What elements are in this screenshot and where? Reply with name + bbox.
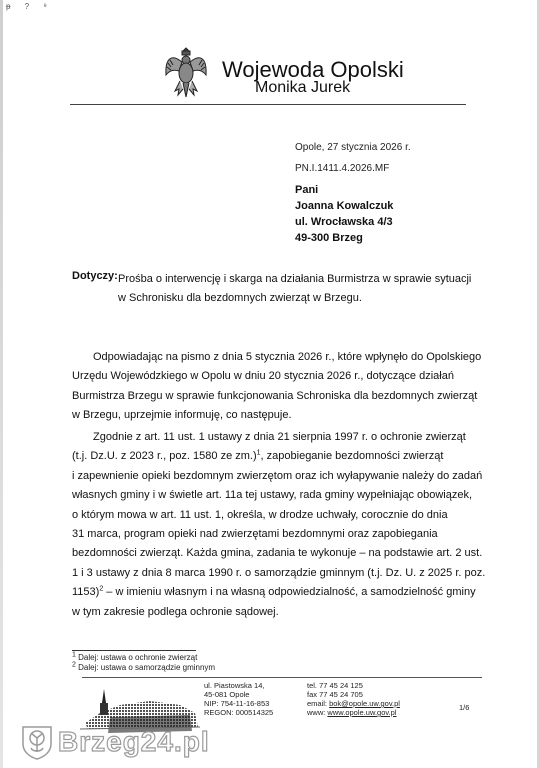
footer-divider [82,677,482,678]
recipient-city: 49-300 Brzeg [295,230,393,246]
footer-address: ul. Piastowska 14, 45-081 Opole NIP: 754… [204,681,273,717]
recipient-name: Joanna Kowalczuk [295,198,393,214]
footnote-2: 2 Dalej: ustawa o samorządzie gminnym [72,663,215,672]
paragraph-line: (t.j. Dz.U. z 2023 r., poz. 1580 ze zm.)… [72,447,472,466]
watermark: Brzeg24.pl [20,724,210,760]
footer-email-row: email: bok@opole.uw.gov.pl [307,699,400,708]
recipient-block: Pani Joanna Kowalczuk ul. Wrocławska 4/3… [295,182,393,246]
footer-tel: tel. 77 45 24 125 [307,681,400,690]
page-number: 1/6 [459,703,469,712]
text-segment: , zapobieganie bezdomności zwierząt [261,450,444,462]
scan-left-edge [0,0,3,768]
footer-nip: NIP: 754-11-16-853 [204,699,273,708]
website-link[interactable]: www.opole.uw.gov.pl [327,708,396,717]
subject-label: Dotyczy: [72,270,118,282]
body-paragraph-2: Zgodnie z art. 11 ust. 1 ustawy z dnia 2… [72,428,472,622]
paragraph-line: 31 marca, program opieki nad zwierzętami… [72,525,472,544]
paragraph-line: własnych gminy i w świetle art. 11a tej … [72,486,472,505]
footnote-text: Dalej: ustawa o samorządzie gminnym [76,663,215,672]
email-label: email: [307,699,329,708]
footnote-text: Dalej: ustawa o ochronie zwierząt [76,653,197,662]
paragraph-line: Zgodnie z art. 11 ust. 1 ustawy z dnia 2… [72,428,472,447]
paragraph-line: w Brzegu, uprzejmie informuję, co następ… [72,406,472,425]
paragraph-line: Urzędu Wojewódzkiego w Opolu w dniu 20 s… [72,367,472,386]
scan-marks: ᵽ ? ⁹ [6,2,53,11]
paragraph-line: i zapewnienie opieki bezdomnym zwierzęto… [72,467,472,486]
polish-eagle-emblem-icon [163,45,209,101]
www-label: www: [307,708,327,717]
footer-www-row: www: www.opole.uw.gov.pl [307,708,400,717]
footer-fax: fax 77 45 24 705 [307,690,400,699]
text-segment: 1153) [72,586,99,598]
paragraph-line: 1 i 3 ustawy z dnia 8 marca 1990 r. o sa… [72,564,472,583]
paragraph-line: o którym mowa w art. 11 ust. 1, określa,… [72,506,472,525]
footer-postcode: 45-081 Opole [204,690,273,699]
paragraph-line: w tym zakresie podlega ochronie sądowej. [72,603,472,622]
subject-text: Prośba o interwencję i skarga na działan… [118,270,498,308]
footnote-divider [72,650,196,651]
paragraph-line: bezdomności zwierząt. Każda gmina, zadan… [72,544,472,563]
shield-anchor-icon [20,724,54,760]
recipient-street: ul. Wrocławska 4/3 [295,214,393,230]
body-paragraph-1: Odpowiadając na pismo z dnia 5 stycznia … [72,348,472,426]
footer-contact: tel. 77 45 24 125 fax 77 45 24 705 email… [307,681,400,717]
header-divider [70,104,466,105]
subject-line-1: Prośba o interwencję i skarga na działan… [118,270,498,289]
paragraph-line: Burmistrza Brzegu w sprawie funkcjonowan… [72,387,472,406]
place-date: Opole, 27 stycznia 2026 r. [295,142,411,153]
subject-line-2: w Schronisku dla bezdomnych zwierząt w B… [118,289,498,308]
recipient-salutation: Pani [295,182,393,198]
text-segment: – w imieniu własnym i na własną odpowied… [103,586,475,598]
paragraph-line: Odpowiadając na pismo z dnia 5 stycznia … [72,348,472,367]
watermark-text: Brzeg24.pl [58,726,210,758]
text-segment: (t.j. Dz.U. z 2023 r., poz. 1580 ze zm.) [72,450,257,462]
footer-street: ul. Piastowska 14, [204,681,273,690]
header-official-name: Monika Jurek [255,79,350,97]
reference-number: PN.I.1411.4.2026.MF [295,163,389,174]
footer-regon: REGON: 000514325 [204,708,273,717]
footnote-1: 1 Dalej: ustawa o ochronie zwierząt [72,653,197,662]
paragraph-line: 1153)2 – w imieniu własnym i na własną o… [72,583,472,602]
email-link[interactable]: bok@opole.uw.gov.pl [329,699,400,708]
